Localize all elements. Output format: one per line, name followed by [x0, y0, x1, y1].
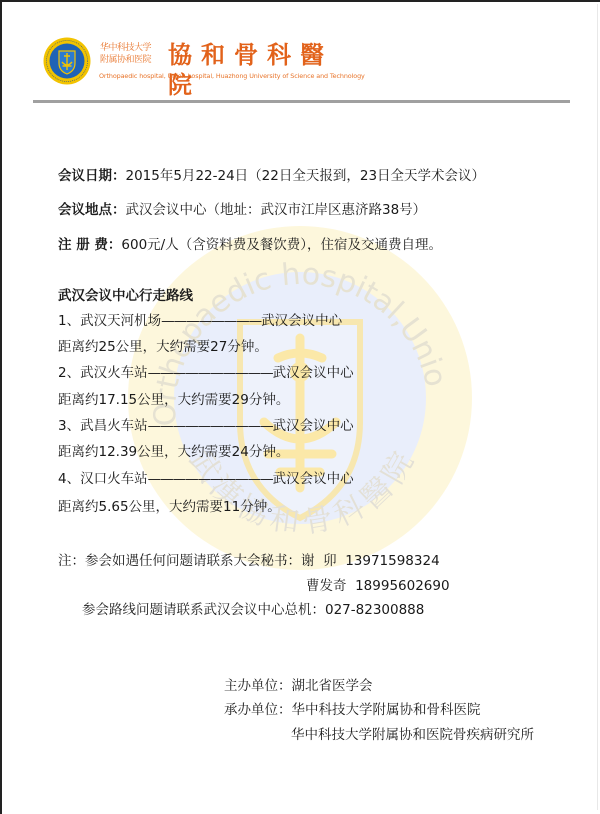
meeting-venue-label: 会议地点：	[58, 202, 126, 218]
route-dash: ————————	[161, 313, 261, 329]
undertaker-organizer: 承办单位：华中科技大学附属协和骨科医院	[224, 701, 481, 719]
route-detail: 距离约12.39公里，大约需要24分钟。	[58, 443, 289, 461]
registration-fee-label: 注 册 费：	[58, 237, 121, 253]
meeting-date: 会议日期：2015年5月22-24日（22日全天报到，23日全天学术会议）	[58, 167, 485, 185]
secretary-name: 曹发奇	[306, 578, 347, 594]
route-origin: 4、汉口火车站	[58, 471, 148, 487]
registration-fee-value: 600元/人（含资料费及餐饮费），住宿及交通费自理。	[121, 237, 442, 253]
secretary-name: 谢 卯	[301, 553, 337, 569]
route-item: 3、武昌火车站——————————武汉会议中心	[58, 417, 354, 435]
route-detail: 距离约25公里，大约需要27分钟。	[58, 338, 268, 356]
contact-secondary: 曹发奇 18995602690	[306, 577, 450, 595]
secretary-phone: 18995602690	[355, 578, 449, 594]
route-item: 2、武汉火车站——————————武汉会议中心	[58, 364, 354, 382]
meeting-date-value: 2015年5月22-24日（22日全天报到，23日全天学术会议）	[126, 168, 486, 184]
secretary-phone: 13971598324	[345, 553, 439, 569]
route-origin: 3、武昌火车站	[58, 418, 148, 434]
route-detail: 距离约5.65公里，大约需要11分钟。	[58, 498, 281, 516]
meeting-venue-value: 武汉会议中心（地址：武汉市江岸区惠济路38号）	[126, 202, 427, 218]
route-destination: 武汉会议中心	[273, 471, 354, 487]
route-dash: ——————————	[148, 365, 273, 381]
route-dash: ——————————	[148, 418, 273, 434]
host-label: 主办单位：	[224, 678, 292, 694]
undertaker-value: 华中科技大学附属协和骨科医院	[292, 702, 481, 718]
route-origin: 1、武汉天河机场	[58, 313, 161, 329]
route-destination: 武汉会议中心	[273, 365, 354, 381]
host-organizer: 主办单位：湖北省医学会	[224, 677, 373, 695]
host-value: 湖北省医学会	[292, 678, 373, 694]
notice-body: 会议日期：2015年5月22-24日（22日全天报到，23日全天学术会议） 会议…	[0, 0, 600, 814]
undertaker-organizer-secondary: 华中科技大学附属协和医院骨疾病研究所	[291, 726, 534, 744]
route-destination: 武汉会议中心	[261, 313, 342, 329]
contact-note-prefix: 注：参会如遇任何问题请联系大会秘书：	[58, 553, 301, 569]
route-destination: 武汉会议中心	[273, 418, 354, 434]
registration-fee: 注 册 费：600元/人（含资料费及餐饮费），住宿及交通费自理。	[58, 236, 442, 254]
route-detail: 距离约17.15公里，大约需要29分钟。	[58, 391, 289, 409]
venue-switchboard: 参会路线问题请联系武汉会议中心总机：027-82300888	[82, 601, 424, 619]
route-origin: 2、武汉火车站	[58, 365, 148, 381]
route-item: 1、武汉天河机场————————武汉会议中心	[58, 312, 342, 330]
route-dash: ——————————	[148, 471, 273, 487]
routes-heading: 武汉会议中心行走路线	[58, 287, 193, 305]
meeting-venue: 会议地点：武汉会议中心（地址：武汉市江岸区惠济路38号）	[58, 201, 426, 219]
undertaker-label: 承办单位：	[224, 702, 292, 718]
route-item: 4、汉口火车站——————————武汉会议中心	[58, 470, 354, 488]
meeting-date-label: 会议日期：	[58, 168, 126, 184]
contact-note: 注：参会如遇任何问题请联系大会秘书：谢 卯 13971598324	[58, 552, 440, 570]
